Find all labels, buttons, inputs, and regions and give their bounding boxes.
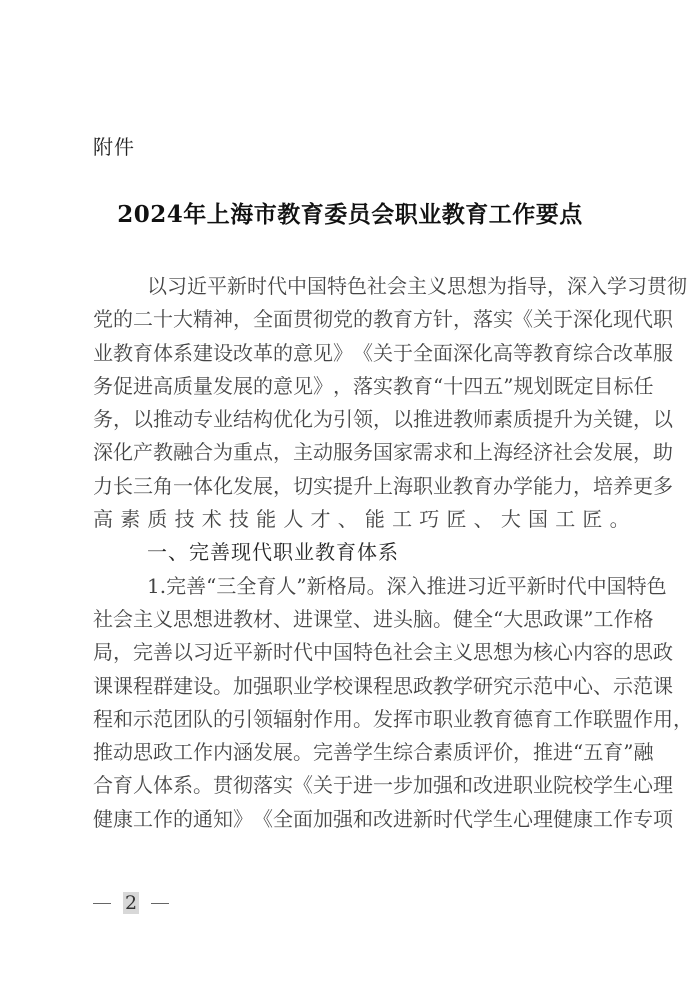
paragraph-line: 深化产教融合为重点，主动服务国家需求和上海经济社会发展，助: [93, 436, 610, 469]
paragraph-line: 程和示范团队的引领辐射作用。发挥市职业教育德育工作联盟作用，: [93, 703, 610, 736]
paragraph-line: 推动思政工作内涵发展。完善学生综合素质评价，推进“五育”融: [93, 736, 610, 769]
paragraph-line: 业教育体系建设改革的意见》《关于全面深化高等教育综合改革服: [93, 337, 610, 370]
paragraph-line: 健康工作的通知》《全面加强和改进新时代学生心理健康工作专项: [93, 803, 610, 836]
paragraph-line: 合育人体系。贯彻落实《关于进一步加强和改进职业院校学生心理: [93, 769, 610, 802]
document-page: 附件 2024年上海市教育委员会职业教育工作要点 以习近平新时代中国特色社会主义…: [0, 0, 700, 990]
page-footer: 2: [93, 892, 169, 914]
attachment-label: 附件: [93, 131, 135, 160]
section-heading: 一、完善现代职业教育体系: [93, 536, 610, 569]
paragraph-line: 局，完善以习近平新时代中国特色社会主义思想为核心内容的思政: [93, 636, 610, 669]
dash-right: [151, 903, 169, 904]
paragraph-line: 务促进高质量发展的意见》，落实教育“十四五”规划既定目标任: [93, 370, 610, 403]
document-title: 2024年上海市教育委员会职业教育工作要点: [0, 196, 700, 229]
paragraph-line: 1.完善“三全育人”新格局。深入推进习近平新时代中国特色: [93, 570, 610, 603]
paragraph-line: 以习近平新时代中国特色社会主义思想为指导，深入学习贯彻: [93, 270, 610, 303]
paragraph-line: 务，以推动专业结构优化为引领，以推进教师素质提升为关键，以: [93, 403, 610, 436]
paragraph-line: 社会主义思想进教材、进课堂、进头脑。健全“大思政课”工作格: [93, 603, 610, 636]
dash-left: [93, 903, 111, 904]
paragraph-line: 课课程群建设。加强职业学校课程思政教学研究示范中心、示范课: [93, 670, 610, 703]
paragraph-line: 党的二十大精神，全面贯彻党的教育方针，落实《关于深化现代职: [93, 303, 610, 336]
paragraph-line: 高素质技术技能人才、能工巧匠、大国工匠。: [93, 503, 610, 536]
document-body: 以习近平新时代中国特色社会主义思想为指导，深入学习贯彻党的二十大精神，全面贯彻党…: [93, 270, 610, 836]
page-number: 2: [123, 892, 139, 914]
paragraph-line: 力长三角一体化发展，切实提升上海职业教育办学能力，培养更多: [93, 470, 610, 503]
